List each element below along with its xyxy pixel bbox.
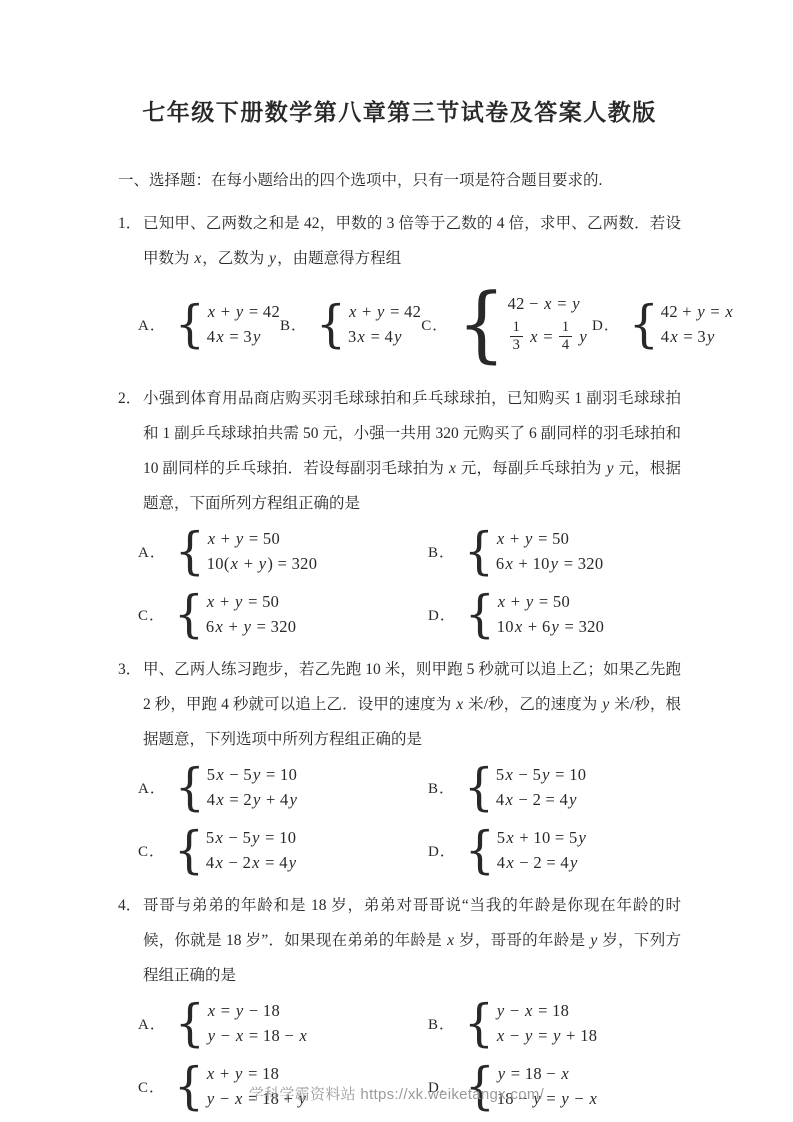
question-number: 2． bbox=[118, 381, 143, 521]
option-label: A． bbox=[138, 777, 166, 798]
fraction: 1 4 bbox=[559, 319, 573, 353]
equation-line: 4x − 2 = 4y bbox=[497, 850, 587, 875]
option-1c: C． { 42 − x = y 1 3 x = bbox=[421, 286, 592, 362]
question-block-2: 2． 小强到体育用品商店购买羽毛球球拍和乒乓球球拍，已知购买 1 副羽毛球球拍和… bbox=[118, 381, 681, 639]
option-label: D． bbox=[428, 604, 456, 625]
question-text: 甲、乙两人练习跑步，若乙先跑 10 米，则甲跑 5 秒就可以追上乙；如果乙先跑 … bbox=[143, 652, 681, 757]
equation-line: 5x − 5y = 10 bbox=[496, 762, 586, 787]
cases-brace-icon: { bbox=[175, 526, 205, 577]
question-number: 4． bbox=[118, 888, 143, 993]
option-1b: B． { x + y = 42 3x = 4y bbox=[280, 299, 421, 349]
equation-line: x = y − 18 bbox=[207, 998, 308, 1023]
equation-line: x + y = 50 bbox=[497, 589, 604, 614]
equation-line: y − x = 18 bbox=[496, 998, 597, 1023]
option-label: B． bbox=[428, 1013, 455, 1034]
option-label: B． bbox=[428, 777, 455, 798]
option-1d: D． { 42 + y = x 4x = 3y bbox=[592, 299, 734, 349]
equation-mid: x = bbox=[529, 327, 553, 347]
equation-system: { x + y = 50 10x + 6y = 320 bbox=[465, 589, 604, 639]
cases-brace-icon: { bbox=[316, 299, 346, 350]
page-title: 七年级下册数学第八章第三节试卷及答案人教版 bbox=[118, 94, 681, 127]
options-grid: A． { x + y = 50 10(x + y) = 320 B． { bbox=[118, 521, 681, 639]
equation-system: { 5x + 10 = 5y 4x − 2 = 4y bbox=[465, 825, 587, 875]
option-label: A． bbox=[138, 314, 166, 335]
cases-brace-icon: { bbox=[629, 299, 659, 350]
equation-system: { 5x − 5y = 10 4x − 2 = 4y bbox=[464, 762, 586, 812]
equation-lines: 5x − 5y = 10 4x − 2 = 4y bbox=[496, 762, 586, 812]
option-label: B． bbox=[428, 541, 455, 562]
equation-line: 5x + 10 = 5y bbox=[497, 825, 587, 850]
equation-line: 4x = 3y bbox=[661, 324, 734, 349]
equation-lines: x + y = 50 10x + 6y = 320 bbox=[497, 589, 604, 639]
option-label: A． bbox=[138, 541, 166, 562]
equation-system: { x = y − 18 y − x = 18 − x bbox=[175, 998, 308, 1048]
equation-system: { x + y = 50 10(x + y) = 320 bbox=[175, 526, 317, 576]
cases-brace-icon: { bbox=[174, 589, 204, 640]
cases-brace-icon: { bbox=[457, 283, 505, 365]
equation-lines: x + y = 50 6x + 10y = 320 bbox=[496, 526, 603, 576]
option-label: C． bbox=[138, 604, 165, 625]
option-4a: A． { x = y − 18 y − x = 18 − x bbox=[138, 998, 428, 1048]
option-3a: A． { 5x − 5y = 10 4x = 2y + 4y bbox=[138, 762, 428, 812]
cases-brace-icon: { bbox=[175, 762, 205, 813]
question-head: 2． 小强到体育用品商店购买羽毛球球拍和乒乓球球拍，已知购买 1 副羽毛球球拍和… bbox=[118, 381, 681, 521]
option-3b: B． { 5x − 5y = 10 4x − 2 = 4y bbox=[428, 762, 587, 812]
cases-brace-icon: { bbox=[464, 998, 494, 1049]
equation-lines: 5x − 5y = 10 4x − 2x = 4y bbox=[206, 825, 297, 875]
equation-system: { 42 + y = x 4x = 3y bbox=[629, 299, 734, 349]
question-block-4: 4． 哥哥与弟弟的年龄和是 18 岁，弟弟对哥哥说“当我的年龄是你现在年龄的时候… bbox=[118, 888, 681, 1111]
question-text: 小强到体育用品商店购买羽毛球球拍和乒乓球球拍，已知购买 1 副羽毛球球拍和 1 … bbox=[143, 381, 681, 521]
equation-lines: 42 + y = x 4x = 3y bbox=[661, 299, 734, 349]
equation-line: 4x = 2y + 4y bbox=[207, 787, 298, 812]
fraction-numerator: 1 bbox=[510, 319, 524, 337]
equation-system: { 5x − 5y = 10 4x − 2x = 4y bbox=[174, 825, 297, 875]
equation-line: x + y = 50 bbox=[206, 589, 296, 614]
equation-tail: y bbox=[578, 327, 588, 347]
question-head: 3． 甲、乙两人练习跑步，若乙先跑 10 米，则甲跑 5 秒就可以追上乙；如果乙… bbox=[118, 652, 681, 757]
equation-line: 42 − x = y bbox=[508, 291, 592, 316]
option-label: B． bbox=[280, 314, 307, 335]
equation-system: { 5x − 5y = 10 4x = 2y + 4y bbox=[175, 762, 298, 812]
option-1a: A． { x + y = 42 4x = 3y bbox=[138, 299, 280, 349]
equation-line: 4x − 2 = 4y bbox=[496, 787, 586, 812]
cases-brace-icon: { bbox=[175, 998, 205, 1049]
fraction-denominator: 4 bbox=[559, 337, 573, 354]
option-label: C． bbox=[138, 840, 165, 861]
question-text: 已知甲、乙两数之和是 42，甲数的 3 倍等于乙数的 4 倍，求甲、乙两数．若设… bbox=[143, 206, 681, 276]
equation-line: 10(x + y) = 320 bbox=[207, 551, 318, 576]
equation-line: y − x = 18 − x bbox=[207, 1023, 308, 1048]
equation-line: 6x + 10y = 320 bbox=[496, 551, 603, 576]
page-content: 七年级下册数学第八章第三节试卷及答案人教版 一、选择题：在每小题给出的四个选项中… bbox=[0, 94, 793, 1111]
equation-line: x + y = 50 bbox=[496, 526, 603, 551]
equation-lines: x + y = 50 10(x + y) = 320 bbox=[207, 526, 318, 576]
equation-line: 4x = 3y bbox=[207, 324, 280, 349]
cases-brace-icon: { bbox=[174, 825, 204, 876]
cases-brace-icon: { bbox=[464, 526, 494, 577]
option-3c: C． { 5x − 5y = 10 4x − 2x = 4y bbox=[138, 825, 428, 875]
fraction-numerator: 1 bbox=[559, 319, 573, 337]
options-row: A． { x + y = 42 4x = 3y B． { x + y bbox=[118, 276, 681, 368]
question-block-3: 3． 甲、乙两人练习跑步，若乙先跑 10 米，则甲跑 5 秒就可以追上乙；如果乙… bbox=[118, 652, 681, 875]
equation-line: 6x + y = 320 bbox=[206, 614, 296, 639]
equation-system: { x + y = 50 6x + 10y = 320 bbox=[464, 526, 603, 576]
option-2a: A． { x + y = 50 10(x + y) = 320 bbox=[138, 526, 428, 576]
option-label: D． bbox=[592, 314, 620, 335]
equation-lines: x + y = 50 6x + y = 320 bbox=[206, 589, 296, 639]
equation-lines: x + y = 42 3x = 4y bbox=[348, 299, 421, 349]
equation-line: 42 + y = x bbox=[661, 299, 734, 324]
equation-lines: 5x + 10 = 5y 4x − 2 = 4y bbox=[497, 825, 587, 875]
option-2c: C． { x + y = 50 6x + y = 320 bbox=[138, 589, 428, 639]
equation-system: { x + y = 50 6x + y = 320 bbox=[174, 589, 296, 639]
question-number: 3． bbox=[118, 652, 143, 757]
equation-system: { 42 − x = y 1 3 x = 1 bbox=[457, 286, 592, 362]
question-head: 1． 已知甲、乙两数之和是 42，甲数的 3 倍等于乙数的 4 倍，求甲、乙两数… bbox=[118, 206, 681, 276]
equation-line-fraction: 1 3 x = 1 4 y bbox=[508, 316, 592, 356]
cases-brace-icon: { bbox=[464, 762, 494, 813]
question-text: 哥哥与弟弟的年龄和是 18 岁，弟弟对哥哥说“当我的年龄是你现在年龄的时候，你就… bbox=[143, 888, 681, 993]
question-number: 1． bbox=[118, 206, 143, 276]
option-label: C． bbox=[421, 314, 448, 335]
option-4b: B． { y − x = 18 x − y = y + 18 bbox=[428, 998, 598, 1048]
equation-line: x + y = 50 bbox=[207, 526, 318, 551]
equation-lines: x + y = 42 4x = 3y bbox=[207, 299, 280, 349]
question-head: 4． 哥哥与弟弟的年龄和是 18 岁，弟弟对哥哥说“当我的年龄是你现在年龄的时候… bbox=[118, 888, 681, 993]
equation-lines: y − x = 18 x − y = y + 18 bbox=[496, 998, 597, 1048]
option-2b: B． { x + y = 50 6x + 10y = 320 bbox=[428, 526, 604, 576]
equation-line: 10x + 6y = 320 bbox=[497, 614, 604, 639]
fraction: 1 3 bbox=[510, 319, 524, 353]
option-label: A． bbox=[138, 1013, 166, 1034]
fraction-denominator: 3 bbox=[510, 337, 524, 354]
cases-brace-icon: { bbox=[465, 825, 495, 876]
equation-line: x + y = 42 bbox=[348, 299, 421, 324]
equation-system: { x + y = 42 3x = 4y bbox=[316, 299, 421, 349]
option-2d: D． { x + y = 50 10x + 6y = 320 bbox=[428, 589, 604, 639]
equation-line: 5x − 5y = 10 bbox=[206, 825, 297, 850]
cases-brace-icon: { bbox=[465, 589, 495, 640]
equation-system: { x + y = 42 4x = 3y bbox=[175, 299, 280, 349]
equation-lines: x = y − 18 y − x = 18 − x bbox=[207, 998, 308, 1048]
equation-line: 5x − 5y = 10 bbox=[207, 762, 298, 787]
equation-line: x − y = y + 18 bbox=[496, 1023, 597, 1048]
options-grid: A． { 5x − 5y = 10 4x = 2y + 4y B． { bbox=[118, 757, 681, 875]
option-label: D． bbox=[428, 840, 456, 861]
document-page: 七年级下册数学第八章第三节试卷及答案人教版 一、选择题：在每小题给出的四个选项中… bbox=[0, 0, 793, 1122]
cases-brace-icon: { bbox=[175, 299, 205, 350]
option-3d: D． { 5x + 10 = 5y 4x − 2 = 4y bbox=[428, 825, 587, 875]
equation-system: { y − x = 18 x − y = y + 18 bbox=[464, 998, 597, 1048]
section-heading: 一、选择题：在每小题给出的四个选项中，只有一项是符合题目要求的. bbox=[118, 169, 681, 193]
equation-lines: 5x − 5y = 10 4x = 2y + 4y bbox=[207, 762, 298, 812]
equation-line: 3x = 4y bbox=[348, 324, 421, 349]
equation-lines: 42 − x = y 1 3 x = 1 4 bbox=[508, 291, 592, 356]
equation-line: 4x − 2x = 4y bbox=[206, 850, 297, 875]
question-block-1: 1． 已知甲、乙两数之和是 42，甲数的 3 倍等于乙数的 4 倍，求甲、乙两数… bbox=[118, 206, 681, 368]
equation-line: x + y = 42 bbox=[207, 299, 280, 324]
footer-watermark: 学科学霸资料站 https://xk.weiketangx.com/ bbox=[0, 1083, 793, 1104]
